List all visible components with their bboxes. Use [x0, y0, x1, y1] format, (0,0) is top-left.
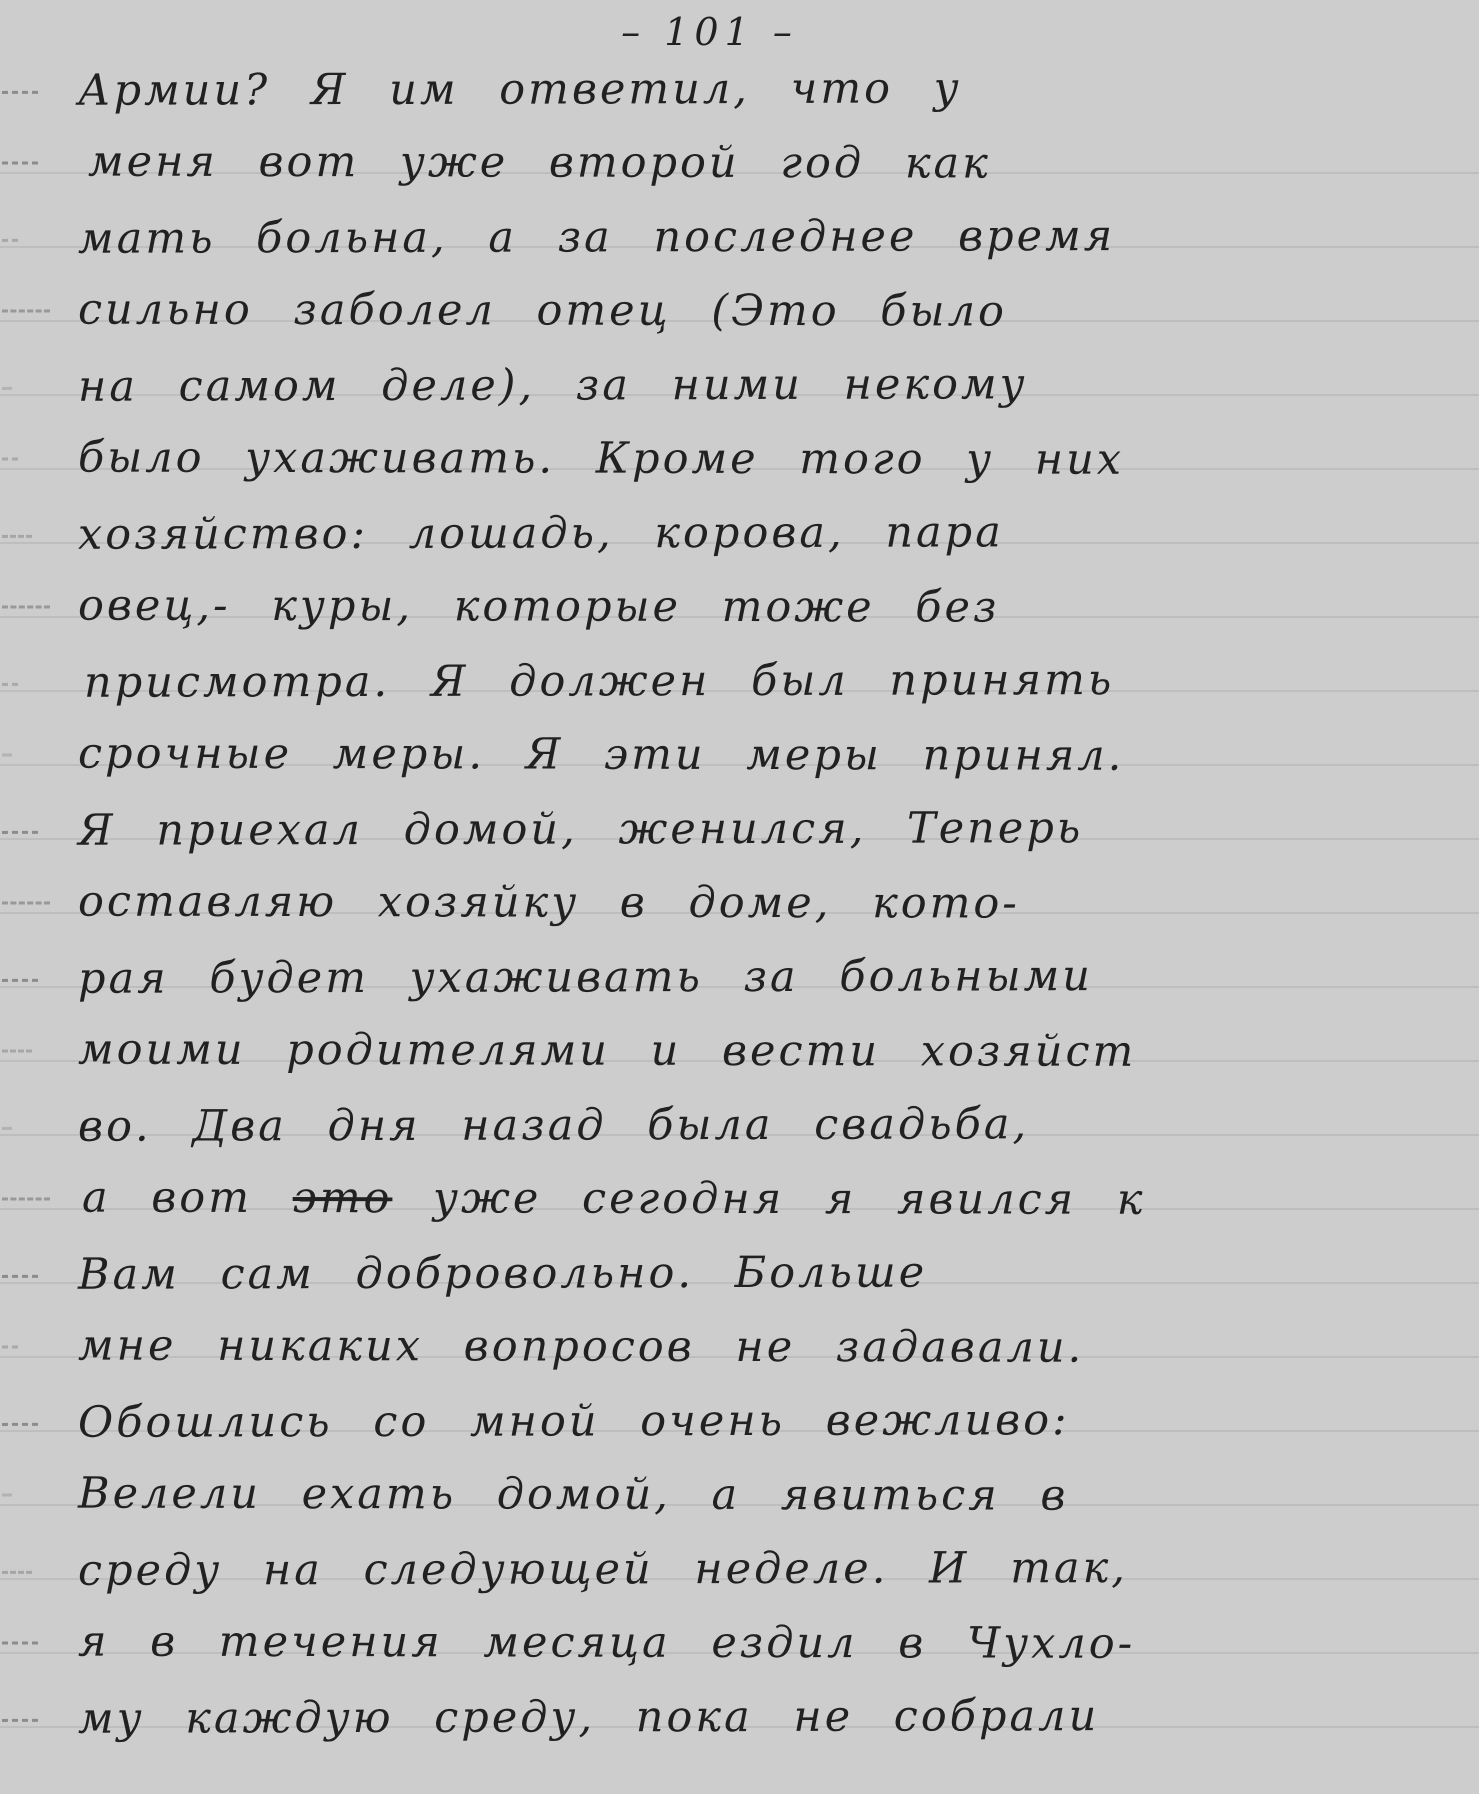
manuscript-line: во. Два дня назад была свадьба, [78, 1086, 1418, 1164]
manuscript-line: а вот это уже сегодня я явился к [78, 1161, 1418, 1238]
manuscript-line: рая будет ухаживать за больными [78, 938, 1418, 1016]
manuscript-line: Вам сам добровольно. Больше [78, 1234, 1418, 1312]
manuscript-line: среду на следующей неделе. И так, [78, 1530, 1418, 1608]
line-text: хозяйство: лошадь, корова, пара [78, 507, 1004, 559]
manuscript-line: на самом деле), за ними некому [78, 346, 1418, 424]
manuscript-line: хозяйство: лошадь, корова, пара [78, 494, 1418, 572]
manuscript-line: я в течения месяца ездил в Чухло- [78, 1605, 1418, 1682]
line-text: меня вот уже второй год как [88, 137, 991, 189]
manuscript-line: моими родителями и вести хозяйст [78, 1013, 1418, 1090]
manuscript-line: му каждую среду, пока не собрали [78, 1678, 1418, 1756]
manuscript-line: было ухаживать. Кроме того у них [78, 421, 1418, 498]
line-text: сильно заболел отец (Это было [78, 285, 1007, 337]
manuscript-line: сильно заболел отец (Это было [78, 273, 1418, 350]
line-text: Обошлись со мной очень вежливо: [78, 1395, 1070, 1448]
line-text: я в течения месяца ездил в Чухло- [78, 1617, 1135, 1669]
line-text: Велели ехать домой, а явиться в [78, 1469, 1069, 1521]
manuscript-line: Велели ехать домой, а явиться в [78, 1457, 1418, 1534]
line-text: мать больна, а за последнее время [78, 211, 1115, 264]
line-text: Я приехал домой, женился, Теперь [78, 803, 1083, 856]
line-text: Армии? Я им ответил, что у [78, 63, 962, 115]
manuscript-page: – 101 – Армии? Я им ответил, что уменя в… [0, 0, 1479, 1794]
line-text: на самом деле), за ними некому [78, 359, 1028, 411]
line-text: уже сегодня я явился к [392, 1173, 1145, 1225]
line-text: мне никаких вопросов не задавали. [78, 1321, 1084, 1373]
line-text: рая будет ухаживать за больными [78, 951, 1093, 1004]
line-text: Вам сам добровольно. Больше [78, 1248, 927, 1300]
line-text: во. Два дня назад была свадьба, [78, 1099, 1029, 1151]
line-text: овец,- куры, которые тоже без [78, 581, 1000, 633]
manuscript-text: Армии? Я им ответил, что уменя вот уже в… [78, 52, 1418, 1754]
manuscript-line: срочные меры. Я эти меры принял. [78, 717, 1418, 794]
line-text: присмотра. Я должен был принять [84, 655, 1114, 708]
manuscript-line: присмотра. Я должен был принять [78, 642, 1418, 720]
line-text: оставляю хозяйку в доме, кото- [78, 877, 1020, 929]
manuscript-line: Я приехал домой, женился, Теперь [78, 790, 1418, 868]
manuscript-line: Армии? Я им ответил, что у [78, 50, 1418, 128]
manuscript-line: овец,- куры, которые тоже без [78, 569, 1418, 646]
line-text: му каждую среду, пока не собрали [78, 1691, 1099, 1744]
manuscript-line: мне никаких вопросов не задавали. [78, 1309, 1418, 1386]
manuscript-line: оставляю хозяйку в доме, кото- [78, 865, 1418, 942]
manuscript-line: мать больна, а за последнее время [78, 198, 1418, 276]
manuscript-line: Обошлись со мной очень вежливо: [78, 1382, 1418, 1460]
line-text: среду на следующей неделе. И так, [78, 1543, 1128, 1596]
line-text: а вот [82, 1173, 293, 1223]
struck-word: это [293, 1173, 393, 1223]
line-text: моими родителями и вести хозяйст [78, 1025, 1136, 1077]
page-number: – 101 – [0, 10, 1419, 54]
manuscript-line: меня вот уже второй год как [78, 125, 1418, 202]
line-text: срочные меры. Я эти меры принял. [78, 729, 1124, 781]
line-text: было ухаживать. Кроме того у них [78, 433, 1124, 485]
